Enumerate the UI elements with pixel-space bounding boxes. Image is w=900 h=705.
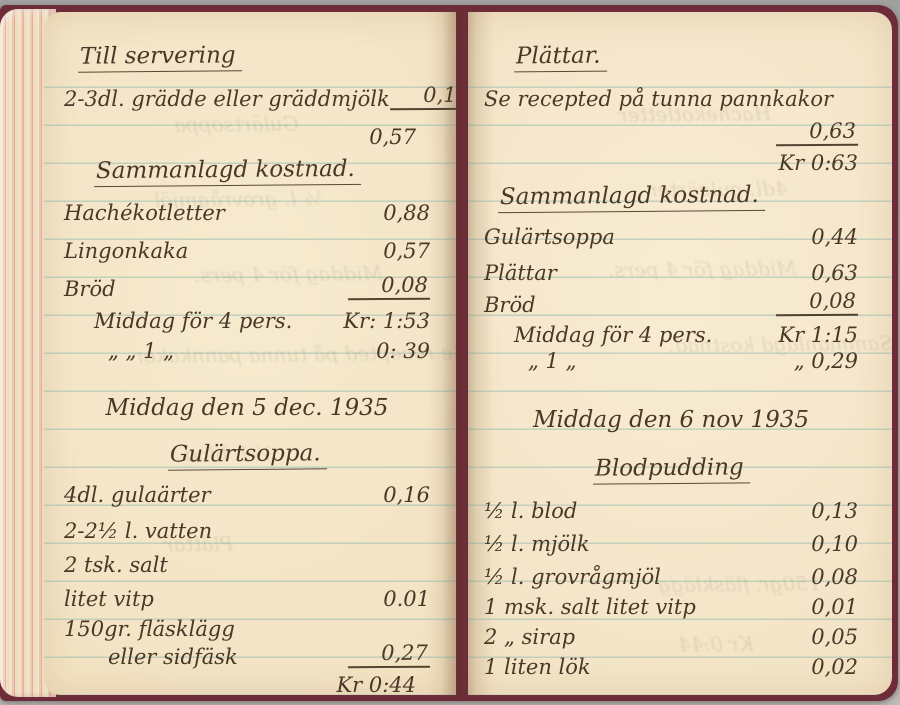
section-heading-row: Sammanlagd kostnad. [64, 148, 430, 186]
item-label: Plättar [484, 263, 557, 284]
table-row: 2 tsk. salt [64, 542, 430, 576]
table-row: 0,63 [484, 110, 858, 146]
date-heading-row: Middag den 5 dec. 1935 [64, 362, 430, 420]
ditto-marks: „ 1 „ [528, 351, 576, 372]
date-heading-row: Middag den 6 nov 1935 [484, 372, 858, 432]
ingredient-value: 0,05 [794, 627, 858, 648]
table-row: 2 „ sirap 0,05 [484, 618, 858, 648]
recipe-heading-row: Gulärtsoppa. [64, 420, 430, 470]
ditto-marks: „ „ 1 „ [108, 341, 174, 362]
right-page: Hachékotletter 4dl. gulaärter Middag för… [468, 12, 892, 695]
table-row: ½ l. blod 0,13 [484, 484, 858, 522]
ingredient-label: ½ l. blod [484, 501, 577, 522]
table-row: 2-2½ l. vatten [64, 506, 430, 542]
table-row: eller sidfäsk 0,27 [64, 640, 430, 668]
total-row: Middag för 4 pers. Kr 1:15 [484, 316, 858, 346]
table-row: 2-3dl. grädde eller gräddmjölk 0,12 [64, 72, 430, 110]
left-page: Gulärtsoppa ½ l. grovrågmjöl Middag för … [44, 12, 456, 695]
table-row: 150gr. fläsklägg [64, 610, 430, 640]
recipe-heading: Gulärtsoppa. [168, 442, 327, 470]
recipe1-heading: Plättar. [514, 45, 607, 73]
ingredient-label: 1 liten lök [484, 657, 591, 678]
section-heading-row: Plättar. [484, 34, 858, 72]
item-label: Bröd [484, 295, 536, 316]
item-value: 0,08 [776, 291, 858, 317]
recipe-heading-row: Blodpudding [484, 432, 858, 484]
table-row: ½ l. mjölk 0,10 [484, 522, 858, 555]
subtotal-value: 0,63 [776, 121, 858, 147]
ingredient-value: 0,02 [794, 657, 858, 678]
dinner-label: Middag för 4 pers. [514, 325, 712, 346]
table-row: litet vitp 0.01 [64, 576, 430, 610]
total-row: Kr 0:63 [484, 146, 858, 174]
note-row: Se recepted på tunna pannkakor [484, 72, 858, 110]
table-row: 0,57 [64, 110, 430, 148]
ingredient-value: 0,16 [366, 485, 430, 506]
ditto-row: „ „ 1 „ 0: 39 [64, 332, 430, 362]
item-label: Lingonkaka [64, 241, 188, 262]
ingredient-label: 2-2½ l. vatten [64, 521, 212, 542]
table-row: ½ l. grovrågmjöl 0,08 [484, 555, 858, 588]
notebook-scan: Gulärtsoppa ½ l. grovrågmjöl Middag för … [0, 0, 900, 705]
section-heading-row: Till servering [64, 34, 430, 72]
cost-heading: Sammanlagd kostnad. [498, 184, 765, 213]
ingredient-value: 0,27 [348, 643, 430, 669]
subtotal-value: 0,57 [352, 127, 416, 148]
table-row: Plättar 0,63 [484, 248, 858, 284]
item-value: 0,44 [794, 227, 858, 248]
ingredient-label: litet vitp [64, 589, 154, 610]
ingredient-label: 2 „ sirap [484, 627, 575, 648]
ingredient-value: 0,10 [794, 534, 858, 555]
item-value: 0,08 [348, 275, 430, 301]
total-row: Middag för 4 pers. Kr: 1:53 [64, 300, 430, 332]
recipe2-heading: Blodpudding [593, 456, 750, 484]
item-label: Gulärtsoppa [484, 227, 615, 248]
ingredient-label: 2 tsk. salt [64, 555, 168, 576]
ingredient-value: 0,01 [794, 597, 858, 618]
ditto-value: 0: 39 [366, 341, 430, 362]
table-row: Bröd 0,08 [484, 284, 858, 316]
date-heading: Middag den 6 nov 1935 [533, 409, 809, 432]
ingredient-label: ½ l. mjölk [484, 534, 590, 555]
ditto-value: „ 0,29 [794, 351, 858, 372]
table-row: Gulärtsoppa 0,44 [484, 212, 858, 248]
serving-heading: Till servering [78, 44, 242, 72]
recipe-note: Se recepted på tunna pannkakor [484, 89, 833, 110]
dinner-value: Kr: 1:53 [343, 311, 430, 332]
ingredient-label: ½ l. grovrågmjöl [484, 567, 661, 588]
recipe-total-value: Kr 0:44 [336, 675, 416, 695]
date-heading: Middag den 5 dec. 1935 [106, 397, 389, 420]
table-row: 1 liten lök 0,02 [484, 648, 858, 678]
item-value: 0,57 [366, 241, 430, 262]
total-value: Kr 0:63 [778, 153, 858, 174]
section-heading-row: Sammanlagd kostnad. [484, 174, 858, 212]
ingredient-label: 4dl. gulaärter [64, 485, 211, 506]
table-row: 4dl. gulaärter 0,16 [64, 470, 430, 506]
table-row: 1 msk. salt litet vitp 0,01 [484, 588, 858, 618]
dinner-label: Middag för 4 pers. [94, 311, 292, 332]
ditto-row: „ 1 „ „ 0,29 [484, 346, 858, 372]
item-value: 0,63 [794, 263, 858, 284]
item-label: Bröd [64, 279, 116, 300]
cost-heading: Sammanlagd kostnad. [94, 158, 361, 187]
ingredient-value: 0.01 [366, 589, 430, 610]
ingredient-value: 0,13 [794, 501, 858, 522]
ingredient-label: eller sidfäsk [108, 647, 238, 668]
item-value: 0,12 [390, 85, 456, 111]
table-row: Bröd 0,08 [64, 262, 430, 300]
table-row: Hachékotletter 0,88 [64, 186, 430, 224]
item-label: 2-3dl. grädde eller gräddmjölk [64, 89, 390, 110]
item-value: 0,88 [366, 203, 430, 224]
dinner-value: Kr 1:15 [778, 325, 858, 346]
item-label: Hachékotletter [64, 203, 225, 224]
table-row: Lingonkaka 0,57 [64, 224, 430, 262]
total-row: Kr 0:44 [64, 668, 430, 695]
ingredient-value: 0,08 [794, 567, 858, 588]
ingredient-label: 150gr. fläsklägg [64, 619, 235, 640]
ingredient-label: 1 msk. salt litet vitp [484, 597, 696, 618]
